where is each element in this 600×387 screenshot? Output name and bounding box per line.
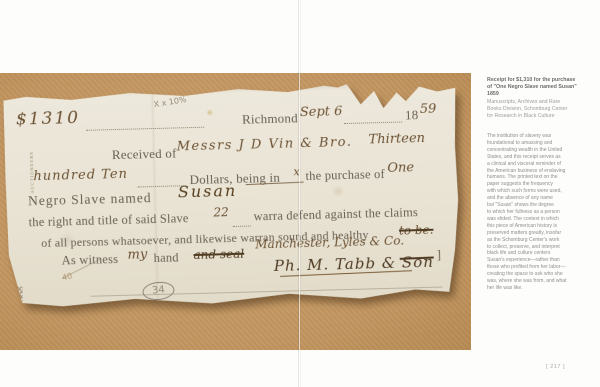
page-number: [ 217 ]	[546, 364, 565, 370]
pencil-crosshatch	[9, 287, 22, 302]
written-my: my	[127, 247, 147, 263]
caption-title: Receipt for $1,310 for the purchase of "…	[487, 77, 595, 98]
written-name-susan: Susan	[178, 181, 238, 202]
receipt-paper-shadow: AUCTIONEERS $1310 X x 10% Richmond Sept …	[3, 80, 461, 310]
printed-hand: hand	[153, 250, 178, 266]
written-closing-script: Manchester, Lyles & Co.	[255, 234, 404, 252]
dotted-rule	[86, 125, 204, 131]
struck-and-seal: and seal	[193, 247, 244, 262]
written-amount-words-1: Thirteen	[368, 131, 425, 147]
pencil-calculation: X x 10%	[153, 95, 187, 109]
printed-slave-clause: Negro Slave named	[28, 190, 152, 209]
printed-purchase-clause: the purchase of	[305, 167, 385, 184]
written-payer: Messrs J D Vin & Bro.	[177, 135, 353, 155]
receipt-photo: AUCTIONEERS $1310 X x 10% Richmond Sept …	[0, 73, 471, 350]
caption-body: The institution of slavery was foundatio…	[487, 133, 595, 292]
caption-credit: Manuscripts, Archives and Rare Books Div…	[487, 99, 595, 120]
written-quantity: One	[387, 160, 414, 176]
receipt-paper: AUCTIONEERS $1310 X x 10% Richmond Sept …	[3, 80, 461, 310]
receipt-amount: $1310	[16, 108, 81, 130]
printed-year: 18	[405, 107, 419, 123]
printed-warrant-clause: warra defend against the claims	[253, 205, 418, 224]
book-spread: AUCTIONEERS $1310 X x 10% Richmond Sept …	[0, 0, 600, 387]
printed-witness-clause: As witness	[61, 252, 118, 268]
dotted-rule	[233, 224, 251, 227]
dotted-rule	[344, 120, 402, 125]
printed-city: Richmond	[242, 110, 298, 127]
printed-seal-bracket: ]	[436, 247, 441, 263]
written-year: 59	[420, 102, 437, 117]
page-gutter-fold	[298, 0, 301, 387]
pencil-circled-number: 34	[142, 280, 176, 301]
printed-received-of: Received of	[112, 145, 177, 163]
printed-title-clause: the right and title of said Slave	[28, 211, 188, 230]
written-ditto: 22	[213, 205, 229, 219]
caption-block: Receipt for $1,310 for the purchase of "…	[487, 77, 595, 292]
written-amount-words-2: hundred Ten	[33, 167, 128, 184]
written-date: Sept 6	[300, 104, 343, 120]
